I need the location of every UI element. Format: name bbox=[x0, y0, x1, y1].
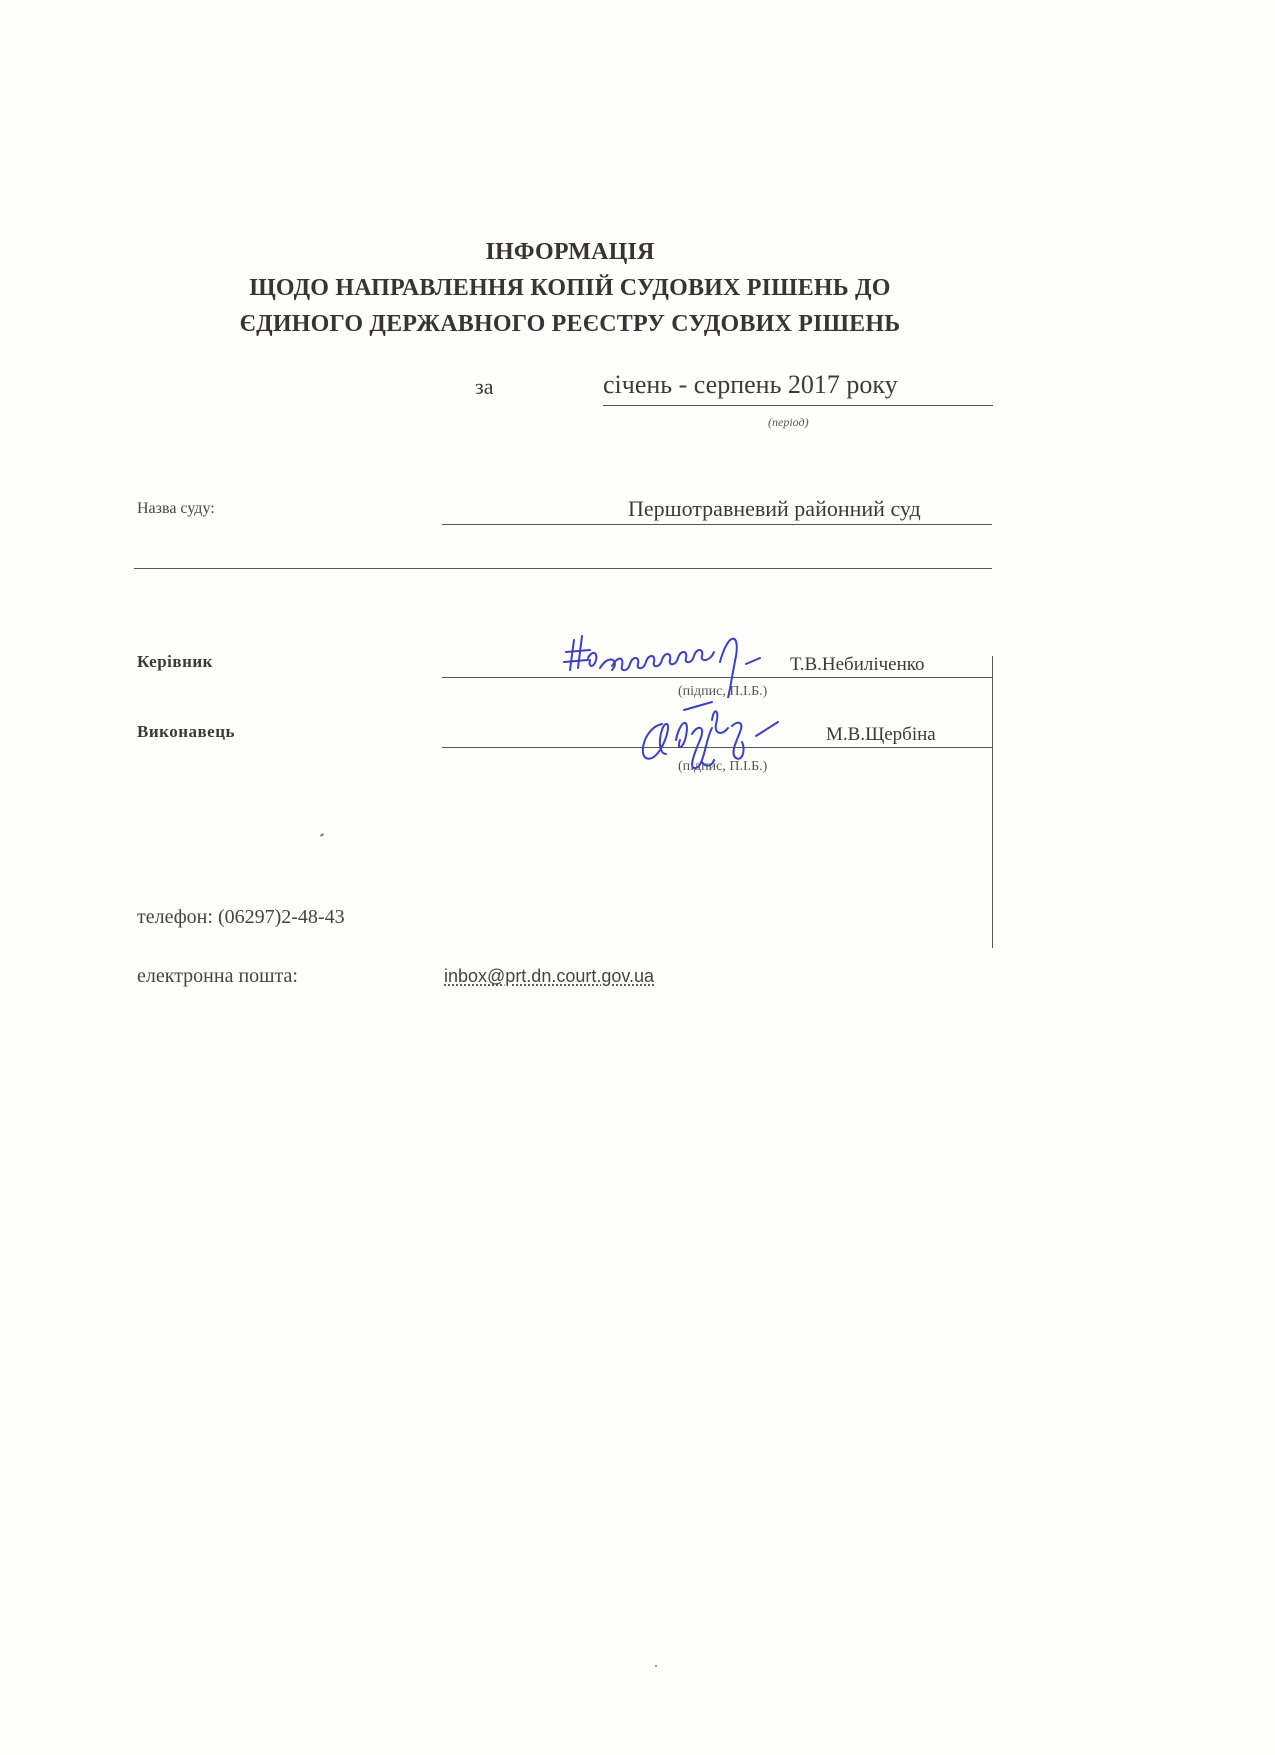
period-caption: (період) bbox=[768, 415, 809, 430]
period-value: січень - серпень 2017 року bbox=[603, 370, 898, 400]
head-name: Т.В.Небиліченко bbox=[790, 654, 925, 676]
document-subtitle-line-1: ЩОДО НАПРАВЛЕННЯ КОПІЙ СУДОВИХ РІШЕНЬ ДО bbox=[0, 272, 1140, 304]
head-signature-icon bbox=[560, 628, 800, 698]
scan-speck bbox=[655, 1665, 658, 1668]
court-name-label: Назва суду: bbox=[137, 500, 215, 518]
executor-name: М.В.Щербіна bbox=[826, 724, 936, 746]
document-title: ІНФОРМАЦІЯ bbox=[0, 236, 1140, 268]
head-role-label: Керівник bbox=[137, 652, 213, 672]
email-link[interactable]: inbox@prt.dn.court.gov.ua bbox=[444, 966, 654, 987]
scan-speck bbox=[320, 833, 324, 837]
email-label: електронна пошта: bbox=[137, 965, 298, 988]
right-border-line bbox=[992, 656, 993, 948]
document-subtitle-line-2: ЄДИНОГО ДЕРЖАВНОГО РЕЄСТРУ СУДОВИХ РІШЕН… bbox=[0, 308, 1140, 340]
executor-role-label: Виконавець bbox=[137, 722, 235, 742]
phone-number: телефон: (06297)2-48-43 bbox=[137, 906, 345, 929]
period-label: за bbox=[475, 374, 493, 400]
court-name-value: Першотравневий районний суд bbox=[628, 496, 921, 522]
executor-signature-icon bbox=[632, 700, 802, 780]
court-name-divider bbox=[134, 568, 992, 569]
court-name-underline bbox=[442, 524, 992, 525]
period-underline bbox=[603, 405, 993, 406]
